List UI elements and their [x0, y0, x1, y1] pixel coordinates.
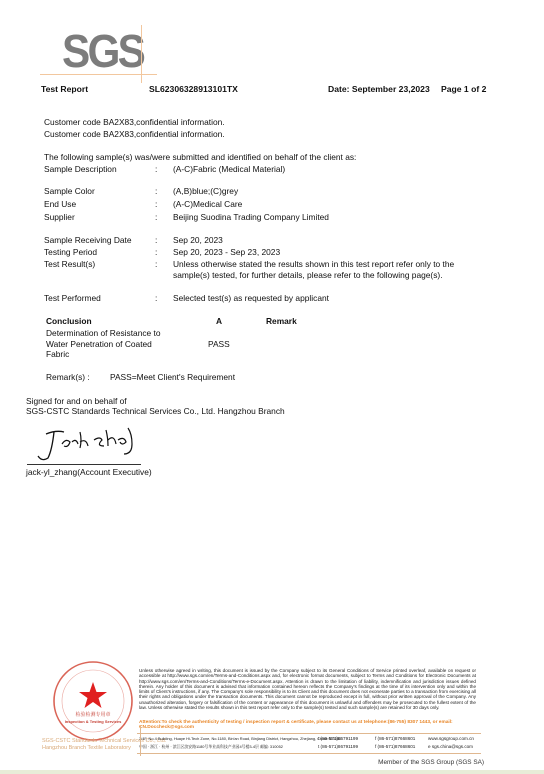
field-colon: : — [155, 199, 157, 209]
field-value: Unless otherwise stated the results show… — [173, 259, 454, 269]
field-value: Sep 20, 2023 - Sep 23, 2023 — [173, 247, 280, 257]
remarks-value: PASS=Meet Client's Requirement — [110, 372, 235, 382]
field-label: Test Result(s) — [44, 259, 95, 269]
field-colon: : — [155, 293, 157, 303]
field-label: End Use — [44, 199, 76, 209]
company-stamp: 检验检测专用章 Inspection & Testing Services — [52, 660, 134, 742]
logo-divider-horizontal — [40, 74, 157, 75]
signer-name: jack-yl_zhang(Account Executive) — [26, 467, 152, 477]
test-name-line: Determination of Resistance to — [46, 328, 161, 338]
signed-line-2: SGS-CSTC Standards Technical Services Co… — [26, 406, 285, 416]
field-colon: : — [155, 164, 157, 174]
field-colon: : — [155, 259, 157, 269]
field-label: Sample Description — [44, 164, 117, 174]
field-colon: : — [155, 235, 157, 245]
page-indicator: Page 1 of 2 — [441, 84, 486, 94]
fax-cn: f (86-571)87668601 — [375, 744, 415, 749]
legal-disclaimer: Unless otherwise agreed in writing, this… — [139, 668, 476, 710]
footer-bottom-divider — [137, 753, 481, 754]
sgs-logo: SGS — [62, 28, 143, 74]
field-label: Sample Receiving Date — [44, 235, 132, 245]
customer-code-line: Customer code BA2X83,confidential inform… — [44, 117, 225, 127]
field-value: Beijing Suodina Trading Company Limited — [173, 212, 329, 222]
field-value-continued: sample(s) tested, for further details, p… — [173, 270, 443, 280]
field-value: Selected test(s) as requested by applica… — [173, 293, 329, 303]
field-label: Test Performed — [44, 293, 101, 303]
website-link[interactable]: www.sgsgroup.com.cn — [428, 736, 474, 741]
signature-line — [27, 464, 141, 465]
column-a-header: A — [216, 316, 222, 326]
telephone: t (86-571)86791199 — [318, 736, 358, 741]
authenticity-notice: Attention:To check the authenticity of t… — [139, 720, 476, 731]
field-label: Testing Period — [44, 247, 97, 257]
telephone-cn: t (86-571)86791199 — [318, 744, 358, 749]
field-label: Sample Color — [44, 186, 95, 196]
field-value: Sep 20, 2023 — [173, 235, 223, 245]
result-a: PASS — [208, 339, 230, 349]
conclusion-header: Conclusion — [46, 316, 92, 326]
field-colon: : — [155, 212, 157, 222]
report-number: SL62306328913101TX — [149, 84, 238, 94]
report-title: Test Report — [41, 84, 88, 94]
field-colon: : — [155, 247, 157, 257]
address-en: 3/4F, No.4 Building, Huaye Hi-Tech Zone,… — [139, 736, 341, 741]
intro-text: The following sample(s) was/were submitt… — [44, 152, 356, 162]
handwritten-signature — [28, 420, 138, 464]
stamp-cn-text: 检验检测专用章 — [75, 711, 110, 718]
test-name-line: Fabric — [46, 349, 69, 359]
remark-header: Remark — [266, 316, 297, 326]
email-link[interactable]: e sgs.china@sgs.com — [428, 744, 473, 749]
footer-divider — [137, 733, 481, 734]
stamp-en-text: Inspection & Testing Services — [65, 719, 122, 724]
field-value: (A-C)Medical Care — [173, 199, 242, 209]
fax: f (86-571)87668601 — [375, 736, 415, 741]
field-value: (A-C)Fabric (Medical Material) — [173, 164, 285, 174]
field-colon: : — [155, 186, 157, 196]
sgs-member-text: Member of the SGS Group (SGS SA) — [378, 759, 484, 766]
address-cn: 中国 · 浙江 · 杭州 · 滨江区滨安路1180号华业高科技产业园4号楼3-4… — [139, 744, 283, 750]
remarks-label: Remark(s) : — [46, 372, 90, 382]
footer-vertical-divider — [140, 726, 141, 756]
customer-code-line: Customer code BA2X83,confidential inform… — [44, 129, 225, 139]
test-name-line: Water Penetration of Coated — [46, 339, 152, 349]
stamp-caption-2: Hangzhou Branch Textile Laboratory — [42, 745, 131, 751]
signed-line-1: Signed for and on behalf of — [26, 396, 127, 406]
page-bottom-band — [0, 770, 544, 774]
field-label: Supplier — [44, 212, 75, 222]
logo-divider-vertical — [141, 25, 142, 83]
report-date: Date: September 23,2023 — [328, 84, 430, 94]
field-value: (A,B)blue;(C)grey — [173, 186, 238, 196]
